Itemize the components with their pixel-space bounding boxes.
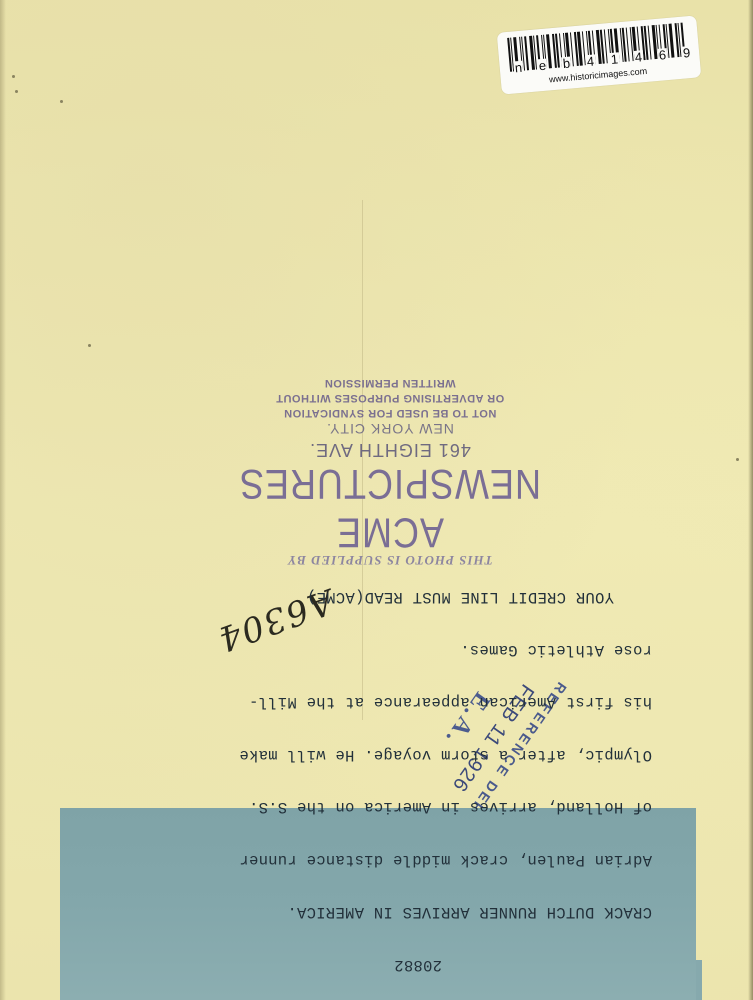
caption-line: Olympic, after a storm voyage. He will m… [239,746,652,764]
caption-line: his first American appearance at the Mil… [239,693,652,711]
caption-line: Adrian Paulen, crack middle distance run… [239,851,652,869]
paper-edge-shadow-left [0,0,6,1000]
stamp-address: 461 EIGHTH AVE. [220,439,560,460]
caption-line: of Holland, arrives in America on the S.… [239,798,652,816]
paper-speck [60,100,63,103]
barcode-char: b [561,56,571,71]
paper-speck [736,458,739,461]
caption-line: rose Athletic Games. [239,641,652,659]
barcode-char: 4 [585,54,595,69]
barcode-char: e [537,59,547,74]
caption-sticker: 20882 CRACK DUTCH RUNNER ARRIVES IN AMER… [60,808,696,1000]
acme-newspictures-stamp: THIS PHOTO IS SUPPLIED BY ACME NEWSPICTU… [220,385,560,570]
barcode-sticker: n e b 4 1 4 6 9 www.historicimages.com [497,15,702,94]
stamp-brand: ACME NEWSPICTURES [220,460,560,557]
barcode-char: 1 [609,52,619,67]
stamp-notice-line: WRITTEN PERMISSION [220,376,560,389]
barcode-char: 4 [633,50,643,65]
barcode-char: 6 [657,48,667,63]
caption-line: CRACK DUTCH RUNNER ARRIVES IN AMERICA. [239,903,652,921]
paper-speck [12,75,15,78]
paper-speck [88,344,91,347]
stamp-notice-line: OR ADVERTISING PURPOSES WITHOUT [220,391,560,404]
paper-speck [15,90,18,93]
paper-edge-shadow-right [748,0,753,1000]
stamp-notice-line: NOT TO BE USED FOR SYNDICATION [220,406,560,419]
barcode-char: 9 [681,46,691,61]
stamp-city: NEW YORK CITY. [220,421,560,437]
barcode-char: n [513,61,523,76]
caption-text: 20882 CRACK DUTCH RUNNER ARRIVES IN AMER… [239,553,652,1000]
caption-number: 20882 [239,956,652,974]
caption-credit-line: YOUR CREDIT LINE MUST READ(ACME) [239,588,652,606]
